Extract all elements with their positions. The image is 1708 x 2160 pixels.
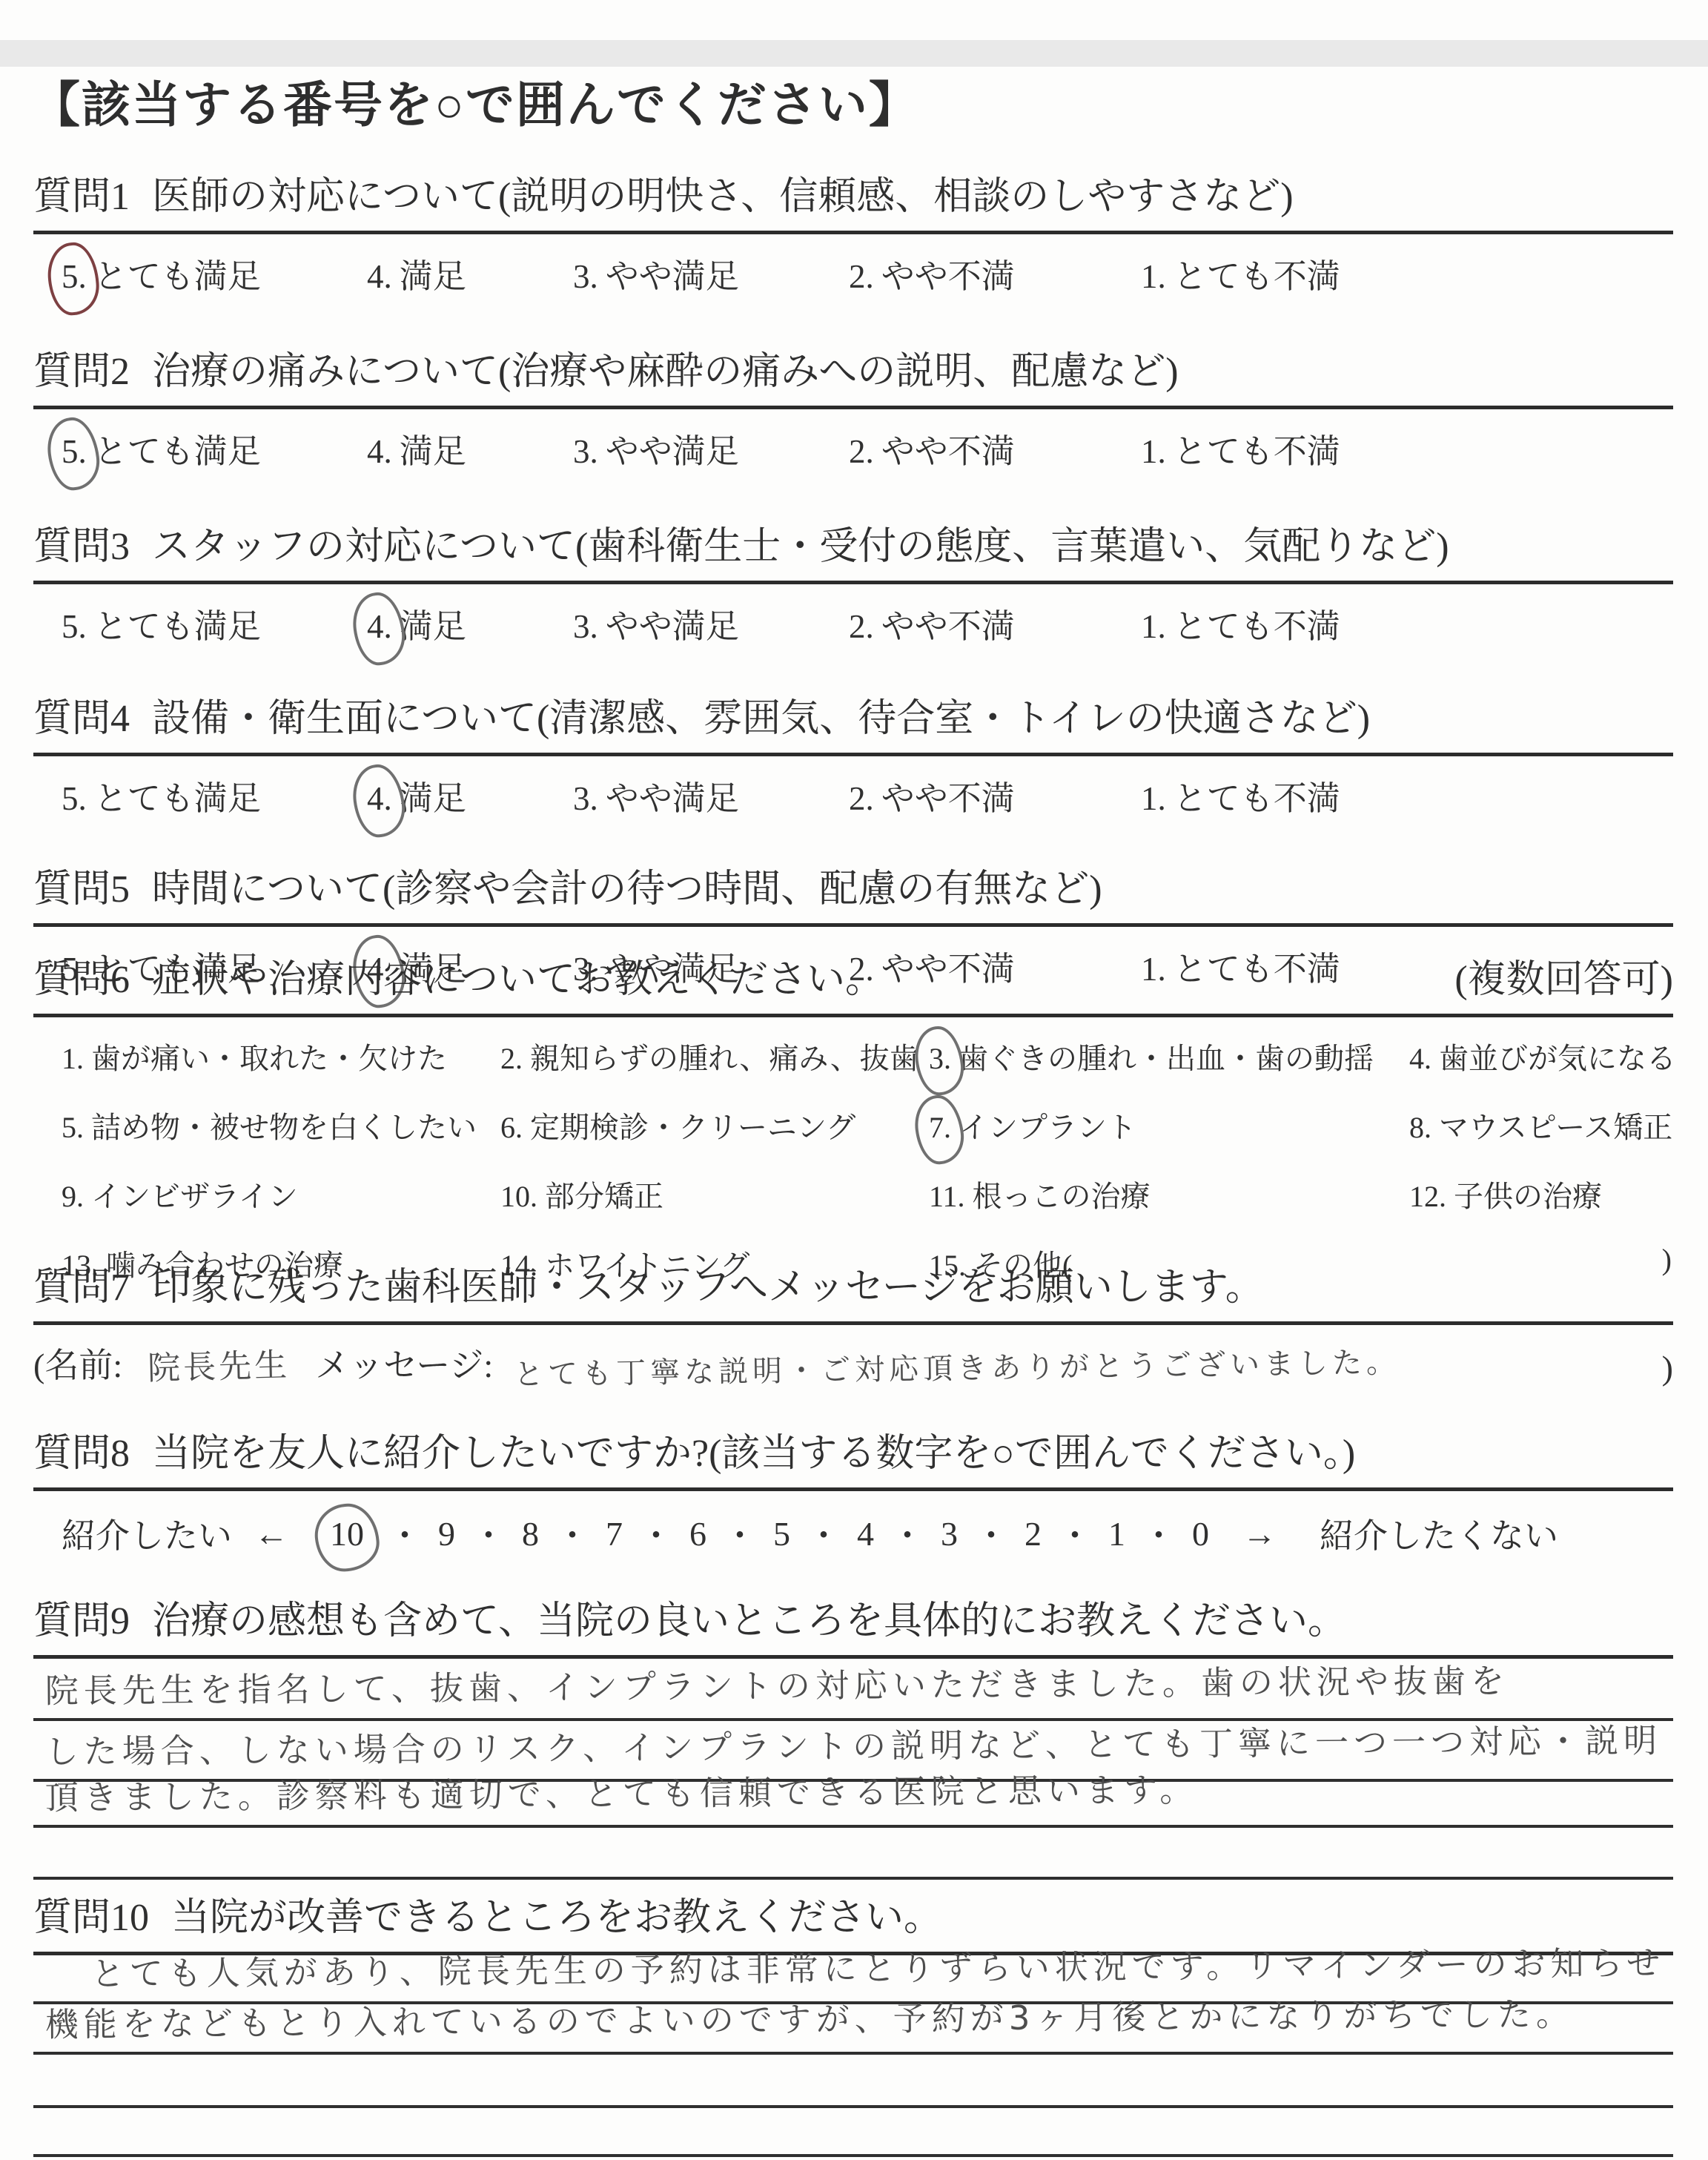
rating-options: 5.とても満足 4.満足 3.やや満足 2.やや不満 1.とても不満: [33, 771, 1673, 819]
item-label: 部分矯正: [545, 1180, 663, 1213]
question-6: 質問6 症状や治療内容についてお教えください。 (複数回答可) 1.歯が痛い・取…: [33, 948, 1673, 1284]
option-5: 5.とても満足: [62, 599, 367, 647]
question-7: 質問7 印象に残った歯科医師・スタッフへメッセージをお願いします。 (名前: 院…: [33, 1255, 1673, 1387]
question-3-heading: 質問3 スタッフの対応について(歯科衛生士・受付の態度、言葉遣い、気配りなど): [33, 515, 1673, 570]
divider: [33, 1487, 1673, 1491]
circle-mark: 7.: [929, 1110, 951, 1145]
question-2-heading: 質問2 治療の痛みについて(治療や麻酔の痛みへの説明、配慮など): [33, 340, 1673, 395]
symptom-options-grid: 1.歯が痛い・取れた・欠けた 2.親知らずの腫れ、痛み、抜歯 3.歯ぐきの腫れ・…: [33, 1035, 1673, 1284]
symptom-item-6: 6.定期検診・クリーニング: [500, 1104, 929, 1146]
option-number: 4.: [367, 608, 392, 645]
option-number: 3.: [573, 432, 598, 471]
scale-3: 3: [941, 1514, 958, 1553]
rating-options: 5.とても満足 4.満足 3.やや満足 2.やや不満 1.とても不満: [33, 599, 1673, 647]
option-label: やや不満: [881, 780, 1015, 817]
option-4: 4.満足: [367, 249, 573, 297]
dot-separator: ・: [1058, 1509, 1092, 1558]
item-label: 歯並びが気になる: [1439, 1042, 1676, 1075]
question-4: 質問4 設備・衛生面について(清潔感、雰囲気、待合室・トイレの快適さなど) 5.…: [33, 687, 1673, 819]
symptom-item-5: 5.詰め物・被せ物を白くしたい: [62, 1104, 500, 1146]
item-number: 2.: [500, 1041, 523, 1076]
item-label: 歯ぐきの腫れ・出血・歯の動揺: [959, 1042, 1374, 1075]
question-number: 質問5: [33, 857, 130, 913]
option-number: 2.: [849, 257, 874, 296]
option-label: とても不満: [1174, 258, 1340, 295]
question-number: 質問1: [33, 165, 130, 220]
divider: [33, 231, 1673, 234]
writing-line-empty: [33, 2108, 1673, 2157]
option-label: やや不満: [881, 608, 1015, 645]
option-number: 5.: [62, 607, 87, 646]
option-label: とても満足: [94, 780, 261, 817]
option-label: 満足: [400, 433, 466, 470]
question-number: 質問7: [33, 1255, 130, 1311]
nps-scale-row: 紹介したい ← 10 ・ 9 ・ 8 ・ 7 ・ 6 ・ 5 ・ 4 ・ 3 ・…: [33, 1509, 1673, 1558]
question-title: 医師の対応について(説明の明快さ、信頼感、相談のしやすさなど): [152, 165, 1294, 220]
symptom-item-10: 10.部分矯正: [500, 1173, 929, 1215]
option-number: 2.: [849, 779, 874, 818]
circle-mark: 4.: [367, 607, 392, 646]
handwritten-text: 院長先生を指名して、抜歯、インプラントの対応いただきました。歯の状況や抜歯を: [45, 1654, 1510, 1712]
symptom-item-11: 11.根っこの治療: [929, 1173, 1409, 1215]
question-number: 質問8: [33, 1421, 130, 1477]
option-label: とても不満: [1174, 608, 1340, 645]
question-number: 質問6: [33, 948, 130, 1003]
item-label: 子供の治療: [1454, 1180, 1602, 1213]
option-number: 4.: [367, 780, 392, 817]
question-1: 質問1 医師の対応について(説明の明快さ、信頼感、相談のしやすさなど) 5.とて…: [33, 165, 1673, 297]
option-5: 5.とても満足: [62, 249, 367, 297]
option-number: 4.: [367, 432, 392, 471]
option-3: 3.やや満足: [573, 599, 849, 647]
question-number: 質問10: [33, 1886, 149, 1941]
option-label: 満足: [400, 258, 466, 295]
question-1-heading: 質問1 医師の対応について(説明の明快さ、信頼感、相談のしやすさなど): [33, 165, 1673, 220]
question-3: 質問3 スタッフの対応について(歯科衛生士・受付の態度、言葉遣い、気配りなど) …: [33, 515, 1673, 647]
divider: [33, 1014, 1673, 1017]
question-8-heading: 質問8 当院を友人に紹介したいですか?(該当する数字を○で囲んでください。): [33, 1421, 1673, 1477]
question-title: 設備・衛生面について(清潔感、雰囲気、待合室・トイレの快適さなど): [152, 687, 1370, 742]
item-label: インビザライン: [91, 1180, 298, 1213]
question-number: 質問4: [33, 687, 130, 742]
symptom-item-12: 12.子供の治療: [1409, 1173, 1676, 1215]
question-4-heading: 質問4 設備・衛生面について(清潔感、雰囲気、待合室・トイレの快適さなど): [33, 687, 1673, 742]
option-number: 3.: [573, 257, 598, 296]
item-label: 根っこの治療: [973, 1180, 1151, 1213]
item-label: マウスピース矯正: [1439, 1111, 1672, 1144]
option-5: 5.とても満足: [62, 424, 367, 472]
option-number: 2.: [849, 607, 874, 646]
handwritten-text: した場合、しない場合のリスク、インプラントの説明など、とても丁寧に一つ一つ対応・…: [45, 1714, 1663, 1773]
circle-mark: 10: [330, 1514, 364, 1553]
writing-line-empty: [33, 1828, 1673, 1880]
circle-mark: 3.: [929, 1041, 951, 1076]
item-label: 親知らずの腫れ、痛み、抜歯: [530, 1042, 919, 1075]
multiple-answers-note: (複数回答可): [1454, 948, 1673, 1003]
writing-line: 頂きました。診察料も適切で、とても信頼できる医院と思います。: [33, 1782, 1673, 1828]
item-number: 5.: [62, 1110, 84, 1145]
right-arrow-icon: →: [1242, 1514, 1277, 1553]
option-label: 満足: [400, 780, 466, 817]
question-title: 治療の痛みについて(治療や麻酔の痛みへの説明、配慮など): [152, 340, 1179, 395]
option-label: とても不満: [1174, 780, 1340, 817]
symptom-item-7: 7.インプラント: [929, 1104, 1409, 1146]
scale-8: 8: [522, 1514, 539, 1553]
scale-5: 5: [773, 1514, 790, 1553]
scale-10: 10: [330, 1514, 371, 1553]
writing-line: 院長先生を指名して、抜歯、インプラントの対応いただきました。歯の状況や抜歯を: [33, 1659, 1673, 1721]
name-handwritten-value: 院長先生: [147, 1338, 291, 1390]
symptom-item-4: 4.歯並びが気になる: [1409, 1035, 1676, 1077]
dot-separator: ・: [639, 1509, 673, 1558]
option-label: やや満足: [606, 433, 739, 470]
item-number: 1.: [62, 1041, 84, 1076]
survey-page: 【該当する番号を○で囲んでください】 質問1 医師の対応について(説明の明快さ、…: [0, 0, 1708, 2160]
option-label: とても満足: [94, 433, 261, 470]
option-label: やや満足: [606, 258, 739, 295]
option-number: 1.: [1141, 257, 1166, 296]
scale-9: 9: [438, 1514, 455, 1553]
option-number: 5.: [62, 258, 87, 295]
question-2: 質問2 治療の痛みについて(治療や麻酔の痛みへの説明、配慮など) 5.とても満足…: [33, 340, 1673, 472]
option-1: 1.とても不満: [1141, 249, 1673, 297]
scale-6: 6: [689, 1514, 706, 1553]
option-4: 4.満足: [367, 771, 573, 819]
question-10: 質問10 当院が改善できるところをお教えください。 とても人気があり、院長先生の…: [33, 1886, 1673, 2157]
divider: [33, 923, 1673, 927]
item-number: 12.: [1409, 1179, 1446, 1214]
dot-separator: ・: [1142, 1509, 1176, 1558]
scale-right-label: 紹介したくない: [1320, 1509, 1558, 1558]
option-number: 3.: [573, 779, 598, 818]
question-title: 当院を友人に紹介したいですか?(該当する数字を○で囲んでください。): [152, 1421, 1355, 1477]
option-2: 2.やや不満: [849, 599, 1141, 647]
question-title: 症状や治療内容についてお教えください。: [152, 948, 884, 1003]
option-number: 1.: [1141, 432, 1166, 471]
item-number: 8.: [1409, 1110, 1431, 1145]
item-number: 4.: [1409, 1041, 1431, 1076]
name-label: (名前:: [33, 1338, 122, 1387]
question-9: 質問9 治療の感想も含めて、当院の良いところを具体的にお教えください。 院長先生…: [33, 1589, 1673, 1880]
scale-0: 0: [1192, 1514, 1209, 1553]
divider: [33, 581, 1673, 584]
option-number: 4.: [367, 257, 392, 296]
item-number: 6.: [500, 1110, 523, 1145]
divider: [33, 1321, 1673, 1325]
circle-mark: 4.: [367, 779, 392, 818]
item-number: 9.: [62, 1179, 84, 1214]
question-title: 時間について(診察や会計の待つ時間、配慮の有無など): [152, 857, 1102, 913]
divider: [33, 753, 1673, 756]
option-number: 5.: [62, 433, 87, 470]
option-4: 4.満足: [367, 424, 573, 472]
option-number: 1.: [1141, 779, 1166, 818]
option-3: 3.やや満足: [573, 771, 849, 819]
option-label: とても満足: [94, 258, 261, 295]
scale-4: 4: [857, 1514, 874, 1553]
option-3: 3.やや満足: [573, 424, 849, 472]
option-label: とても満足: [94, 608, 261, 645]
close-paren: ): [1662, 1348, 1673, 1387]
dot-separator: ・: [555, 1509, 589, 1558]
item-label: 歯が痛い・取れた・欠けた: [91, 1042, 447, 1075]
question-9-heading: 質問9 治療の感想も含めて、当院の良いところを具体的にお教えください。: [33, 1589, 1673, 1645]
dot-separator: ・: [471, 1509, 506, 1558]
message-answer-row: (名前: 院長先生 メッセージ: とても丁寧な説明・ご対応頂きありがとうございま…: [33, 1338, 1673, 1387]
option-1: 1.とても不満: [1141, 424, 1673, 472]
option-1: 1.とても不満: [1141, 771, 1673, 819]
question-number: 質問2: [33, 340, 130, 395]
handwritten-text: 機能をなどもとり入れているのでよいのですが、予約が3ヶ月後とかになりがちでした。: [45, 1987, 1575, 2046]
message-handwritten-value: とても丁寧な説明・ご対応頂きありがとうございました。: [514, 1339, 1401, 1394]
question-10-heading: 質問10 当院が改善できるところをお教えください。: [33, 1886, 1673, 1941]
divider: [33, 406, 1673, 409]
left-arrow-icon: ←: [254, 1514, 288, 1553]
dot-separator: ・: [388, 1509, 422, 1558]
dot-separator: ・: [723, 1509, 757, 1558]
dot-separator: ・: [974, 1509, 1008, 1558]
option-label: やや満足: [606, 780, 739, 817]
item-label: インプラント: [959, 1111, 1136, 1144]
option-number: 1.: [1141, 607, 1166, 646]
option-label: やや不満: [881, 258, 1015, 295]
item-number: 3.: [929, 1042, 951, 1075]
question-title: 印象に残った歯科医師・スタッフへメッセージをお願いします。: [152, 1255, 1264, 1311]
dot-separator: ・: [890, 1509, 924, 1558]
option-label: やや満足: [606, 608, 739, 645]
question-title: スタッフの対応について(歯科衛生士・受付の態度、言葉遣い、気配りなど): [152, 515, 1449, 570]
page-title: 【該当する番号を○で囲んでください】: [31, 65, 919, 136]
symptom-item-1: 1.歯が痛い・取れた・欠けた: [62, 1035, 500, 1077]
circle-mark: 5.: [62, 257, 87, 296]
scan-artifact-strip: [0, 40, 1708, 67]
question-number: 質問9: [33, 1589, 130, 1645]
option-label: 満足: [400, 608, 466, 645]
circle-mark: 5.: [62, 432, 87, 471]
question-title: 治療の感想も含めて、当院の良いところを具体的にお教えください。: [152, 1589, 1346, 1645]
writing-line-empty: [33, 2055, 1673, 2108]
scale-2: 2: [1025, 1514, 1042, 1553]
question-title: 当院が改善できるところをお教えください。: [171, 1886, 942, 1941]
item-label: 定期検診・クリーニング: [530, 1111, 855, 1144]
scale-1: 1: [1108, 1514, 1125, 1553]
question-6-heading: 質問6 症状や治療内容についてお教えください。 (複数回答可): [33, 948, 1673, 1003]
question-5-heading: 質問5 時間について(診察や会計の待つ時間、配慮の有無など): [33, 857, 1673, 913]
question-8: 質問8 当院を友人に紹介したいですか?(該当する数字を○で囲んでください。) 紹…: [33, 1421, 1673, 1558]
item-number: 11.: [929, 1179, 965, 1214]
option-2: 2.やや不満: [849, 771, 1141, 819]
option-1: 1.とても不満: [1141, 599, 1673, 647]
rating-options: 5.とても満足 4.満足 3.やや満足 2.やや不満 1.とても不満: [33, 249, 1673, 297]
free-answer-area: 院長先生を指名して、抜歯、インプラントの対応いただきました。歯の状況や抜歯を し…: [33, 1659, 1673, 1880]
handwritten-text: 頂きました。診察料も適切で、とても信頼できる医院と思います。: [45, 1763, 1199, 1819]
option-2: 2.やや不満: [849, 249, 1141, 297]
symptom-item-3: 3.歯ぐきの腫れ・出血・歯の動揺: [929, 1035, 1409, 1077]
option-number: 3.: [573, 607, 598, 646]
question-7-heading: 質問7 印象に残った歯科医師・スタッフへメッセージをお願いします。: [33, 1255, 1673, 1311]
option-number: 2.: [849, 432, 874, 471]
option-4: 4.満足: [367, 599, 573, 647]
message-label: メッセージ:: [315, 1338, 493, 1387]
option-2: 2.やや不満: [849, 424, 1141, 472]
rating-options: 5.とても満足 4.満足 3.やや満足 2.やや不満 1.とても不満: [33, 424, 1673, 472]
option-label: やや不満: [881, 433, 1015, 470]
dot-separator: ・: [807, 1509, 841, 1558]
item-label: 詰め物・被せ物を白くしたい: [91, 1111, 477, 1144]
option-label: とても不満: [1174, 433, 1340, 470]
option-3: 3.やや満足: [573, 249, 849, 297]
scale-left-label: 紹介したい: [62, 1509, 232, 1558]
scale-number: 10: [330, 1515, 364, 1553]
symptom-item-2: 2.親知らずの腫れ、痛み、抜歯: [500, 1035, 929, 1077]
symptom-item-8: 8.マウスピース矯正: [1409, 1104, 1676, 1146]
item-number: 10.: [500, 1179, 537, 1214]
option-number: 5.: [62, 779, 87, 818]
symptom-item-9: 9.インビザライン: [62, 1173, 500, 1215]
item-number: 7.: [929, 1111, 951, 1144]
option-5: 5.とても満足: [62, 771, 367, 819]
writing-line: 機能をなどもとり入れているのでよいのですが、予約が3ヶ月後とかになりがちでした。: [33, 2004, 1673, 2055]
scale-7: 7: [606, 1514, 623, 1553]
free-answer-area: とても人気があり、院長先生の予約は非常にとりずらい状況です。リマインダーのお知ら…: [33, 1955, 1673, 2157]
handwritten-text: とても人気があり、院長先生の予約は非常にとりずらい状況です。リマインダーのお知ら…: [45, 1936, 1666, 1995]
question-number: 質問3: [33, 515, 130, 570]
